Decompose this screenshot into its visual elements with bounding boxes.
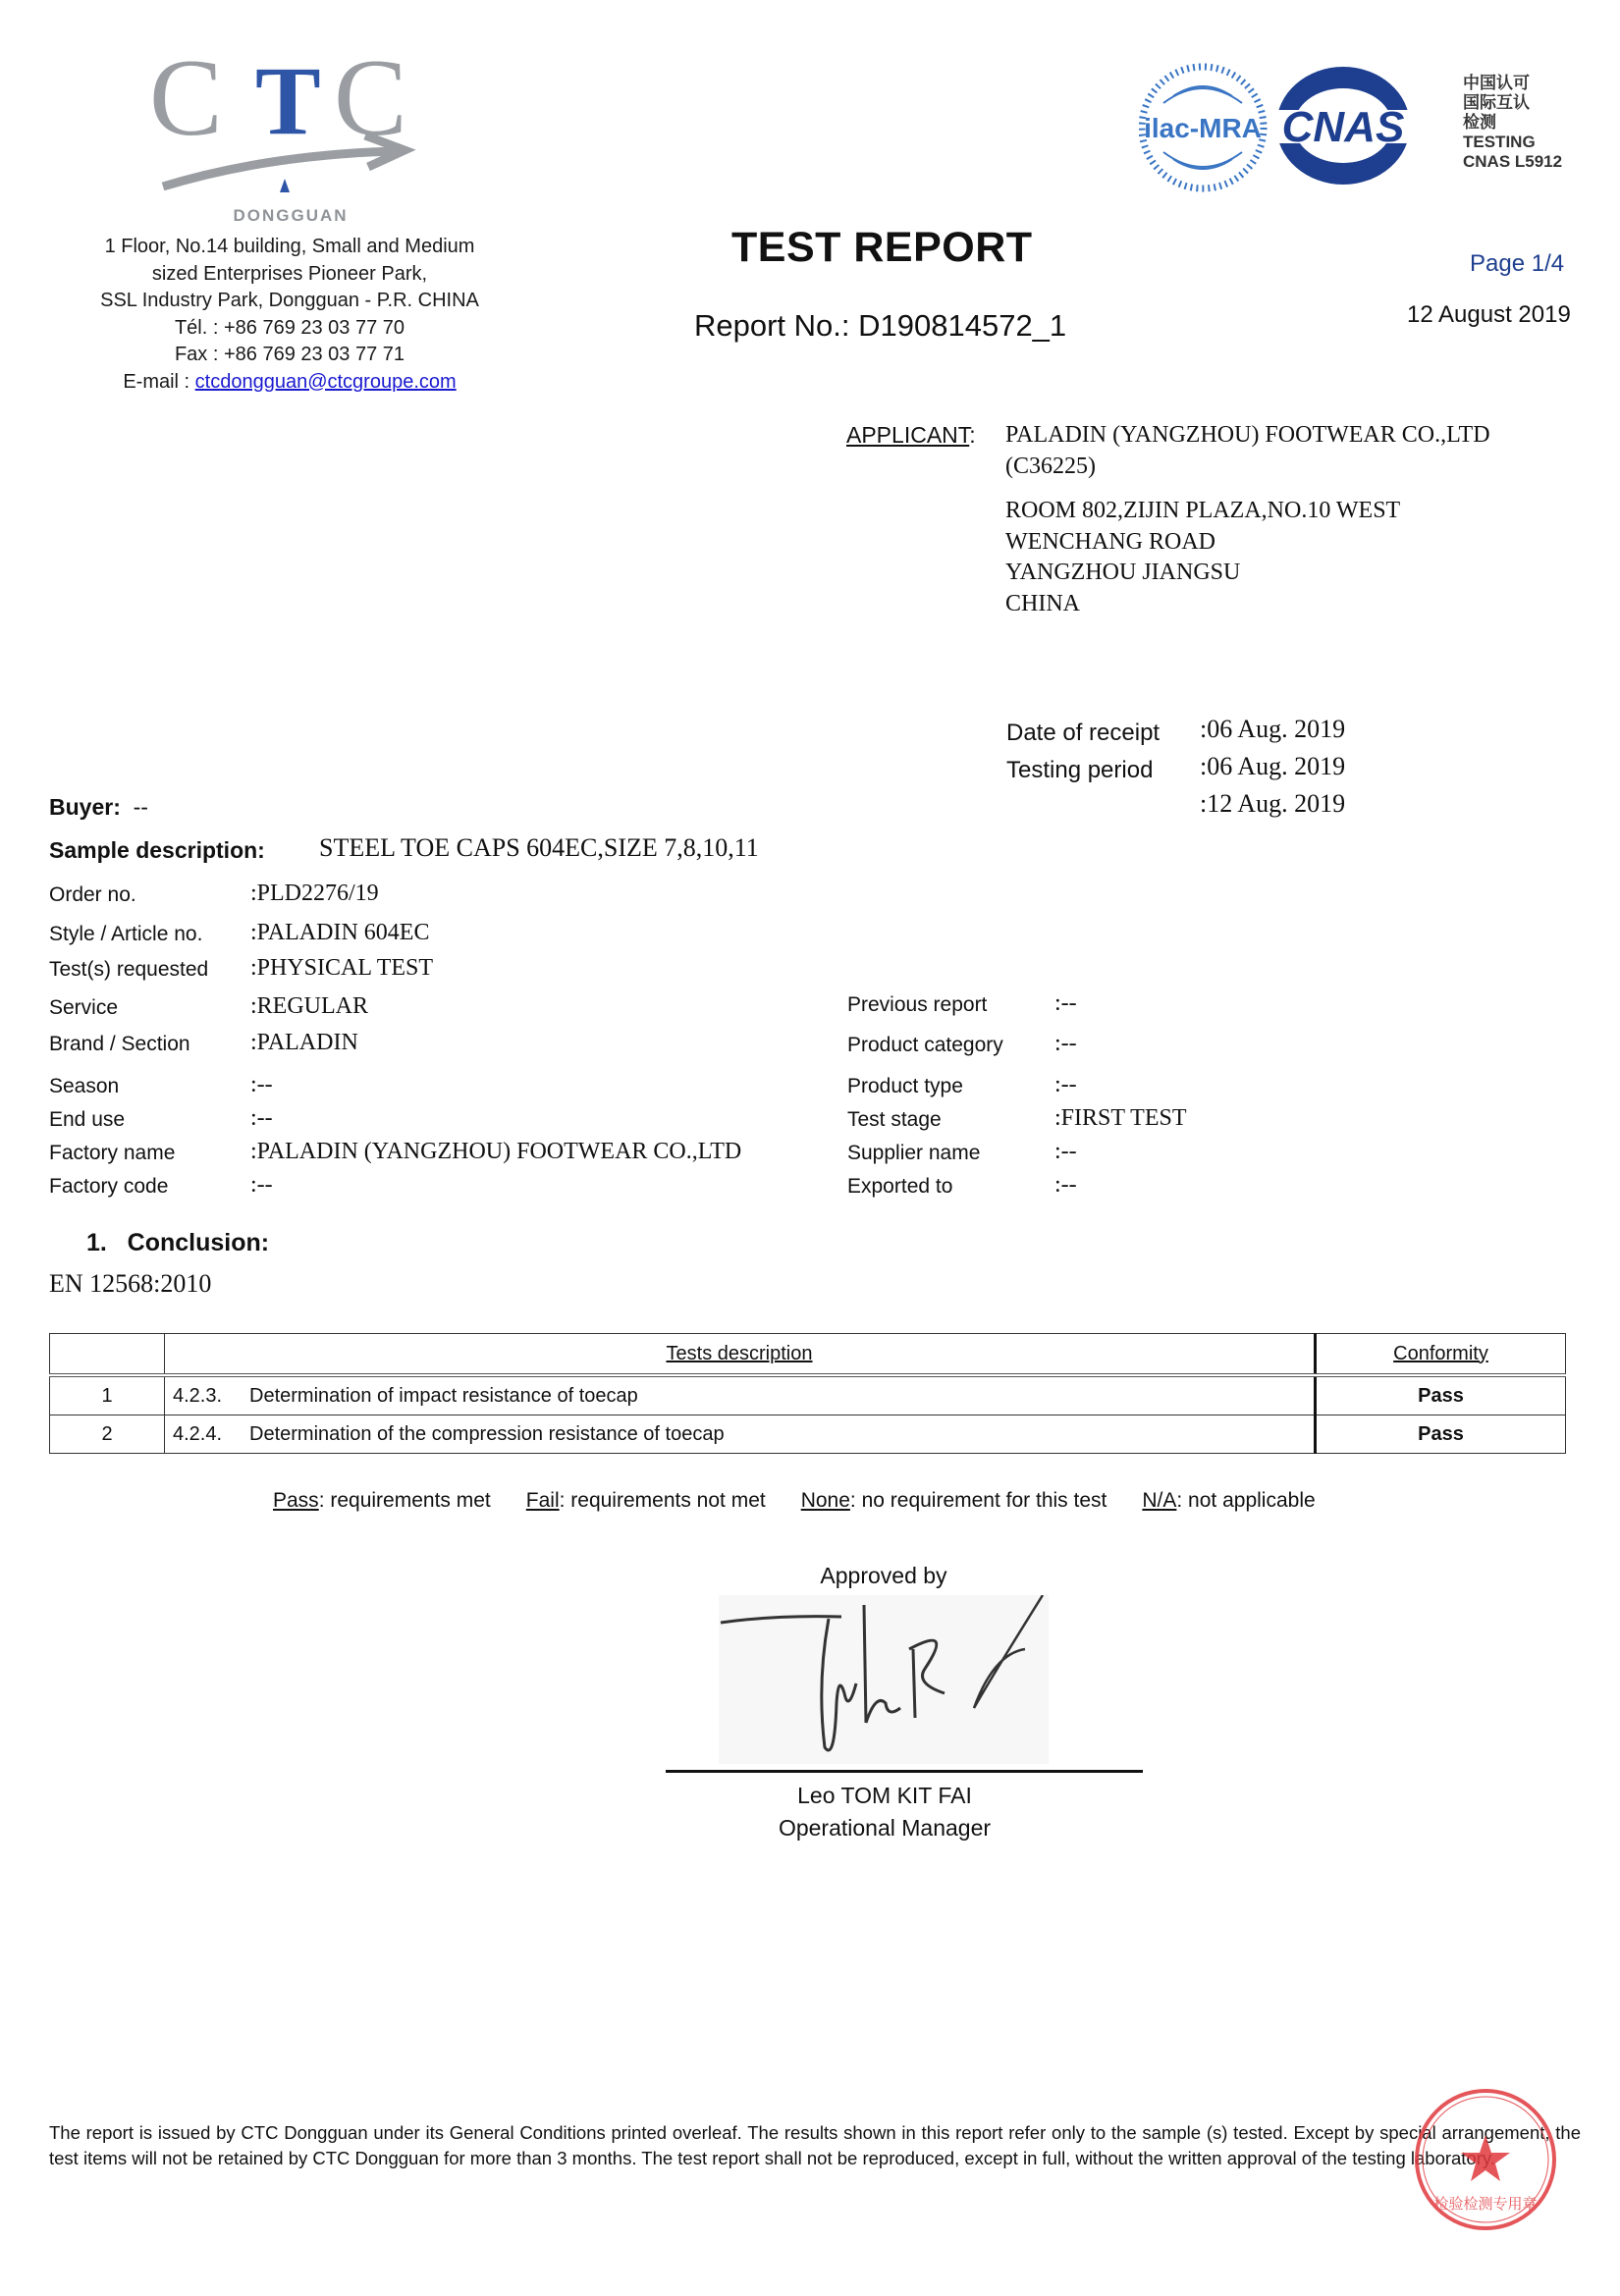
field-value: :-- [1054, 990, 1077, 1017]
field-value: :-- [1054, 1172, 1077, 1199]
applicant-line: YANGZHOU JIANGSU [1005, 558, 1490, 589]
field-label: Order no. [49, 883, 136, 907]
phone-line: Tél. : +86 769 23 03 77 70 [59, 315, 520, 343]
signature [719, 1595, 1049, 1764]
fax-line: Fax : +86 769 23 03 77 71 [59, 342, 520, 369]
header-no [50, 1334, 165, 1376]
field-label: Supplier name [847, 1142, 980, 1165]
ilac-mra-logo: ilac-MRA [1142, 67, 1264, 188]
email-label: E-mail : [123, 371, 194, 393]
legend-key: Fail [526, 1489, 560, 1512]
field-label: Style / Article no. [49, 923, 202, 946]
receipt-label: Date of receipt [1006, 715, 1160, 752]
field-value: :REGULAR [250, 993, 368, 1020]
test-description: 4.2.4.Determination of the compression r… [165, 1415, 1316, 1454]
test-standard: EN 12568:2010 [49, 1269, 211, 1299]
approved-by-label: Approved by [0, 1563, 1620, 1589]
field-label: Exported to [847, 1175, 952, 1199]
address-line: SSL Industry Park, Dongguan - P.R. CHINA [59, 288, 520, 315]
field-value: :PLD2276/19 [250, 881, 379, 907]
field-label: Product type [847, 1075, 963, 1098]
svg-text:检验检测专用章: 检验检测专用章 [1433, 2195, 1537, 2213]
row-number: 2 [50, 1415, 165, 1454]
official-stamp-icon: 检验检测专用章 [1412, 2086, 1559, 2233]
field-label: Factory name [49, 1142, 175, 1165]
field-label: Factory code [49, 1175, 168, 1199]
applicant-label: APPLICANT: [846, 422, 976, 449]
legend-key: Pass [273, 1489, 319, 1512]
receipt-date: :06 Aug. 2019 [1200, 711, 1345, 748]
signer-name: Leo TOM KIT FAI [0, 1780, 1620, 1812]
field-value: :-- [250, 1172, 273, 1199]
cnas-line: 国际互认 [1463, 93, 1562, 113]
field-label: Product category [847, 1034, 1003, 1057]
test-section: 4.2.3. [173, 1385, 249, 1408]
date-labels: Date of receipt Testing period [1006, 715, 1160, 789]
legend-item: Pass: requirements met [273, 1489, 491, 1512]
conformity-result: Pass [1316, 1375, 1566, 1415]
cnas-line: CNAS L5912 [1463, 152, 1562, 172]
field-value: :PALADIN [250, 1030, 358, 1056]
applicant-line: ROOM 802,ZIJIN PLAZA,NO.10 WEST [1005, 496, 1490, 527]
field-label: End use [49, 1108, 125, 1132]
row-number: 1 [50, 1375, 165, 1415]
applicant-line: PALADIN (YANGZHOU) FOOTWEAR CO.,LTD [1005, 420, 1490, 452]
applicant-line: (C36225) [1005, 452, 1490, 483]
testing-period-label: Testing period [1006, 752, 1160, 789]
testing-end: :12 Aug. 2019 [1200, 785, 1345, 823]
signature-line [666, 1770, 1143, 1773]
signature-icon [719, 1595, 1049, 1764]
test-section: 4.2.4. [173, 1423, 249, 1446]
buyer: Buyer: -- [49, 794, 148, 821]
field-value: :-- [1054, 1031, 1077, 1057]
table-header: Tests description Conformity [50, 1334, 1566, 1376]
date-values: :06 Aug. 2019 :06 Aug. 2019 :12 Aug. 201… [1200, 711, 1345, 823]
applicant-details: PALADIN (YANGZHOU) FOOTWEAR CO.,LTD (C36… [1005, 420, 1490, 619]
legend-key: None [801, 1489, 850, 1512]
test-name: Determination of the compression resista… [249, 1423, 725, 1445]
legend-text: : no requirement for this test [850, 1489, 1107, 1512]
applicant-line: WENCHANG ROAD [1005, 527, 1490, 559]
signer: Leo TOM KIT FAI Operational Manager [0, 1780, 1620, 1844]
legend-key: N/A [1142, 1489, 1176, 1512]
field-label: Brand / Section [49, 1033, 190, 1056]
cnas-logo: CNAS [1272, 67, 1416, 185]
field-label: Service [49, 996, 118, 1020]
testing-start: :06 Aug. 2019 [1200, 748, 1345, 785]
company-address: 1 Floor, No.14 building, Small and Mediu… [59, 234, 520, 396]
cnas-line: 检测 [1463, 113, 1562, 133]
field-value: :PALADIN (YANGZHOU) FOOTWEAR CO.,LTD [250, 1139, 741, 1165]
legend-item: None: no requirement for this test [801, 1489, 1107, 1512]
sample-description-value: STEEL TOE CAPS 604EC,SIZE 7,8,10,11 [319, 833, 759, 863]
logo-subtitle: DONGGUAN [233, 206, 348, 225]
email-line: E-mail : ctcdongguan@ctcgroupe.com [59, 369, 520, 397]
buyer-value: -- [134, 794, 148, 820]
page-number: Page 1/4 [1470, 250, 1564, 278]
header-conformity: Conformity [1316, 1334, 1566, 1376]
email-link[interactable]: ctcdongguan@ctcgroupe.com [195, 371, 457, 393]
field-value: :-- [1054, 1139, 1077, 1165]
header-tests-description: Tests description [165, 1334, 1316, 1376]
address-line: 1 Floor, No.14 building, Small and Mediu… [59, 234, 520, 261]
field-label: Season [49, 1075, 119, 1098]
disclaimer: The report is issued by CTC Dongguan und… [49, 2120, 1581, 2171]
test-name: Determination of impact resistance of to… [249, 1385, 638, 1407]
cnas-accreditation-text: 中国认可 国际互认 检测 TESTING CNAS L5912 [1463, 74, 1562, 172]
table-row: 14.2.3.Determination of impact resistanc… [50, 1375, 1566, 1415]
report-number: Report No.: D190814572_1 [694, 308, 1066, 344]
field-value: :-- [250, 1072, 273, 1098]
legend-text: : requirements not met [560, 1489, 766, 1512]
field-value: :PHYSICAL TEST [250, 955, 433, 982]
field-label: Previous report [847, 993, 987, 1017]
field-value: :-- [250, 1105, 273, 1132]
conformity-result: Pass [1316, 1415, 1566, 1454]
test-description: 4.2.3.Determination of impact resistance… [165, 1375, 1316, 1415]
cnas-line: TESTING [1463, 133, 1562, 152]
table-row: 24.2.4.Determination of the compression … [50, 1415, 1566, 1454]
svg-text:CNAS: CNAS [1282, 103, 1405, 151]
field-label: Test(s) requested [49, 958, 208, 982]
legend-text: : not applicable [1176, 1489, 1315, 1512]
field-label: Test stage [847, 1108, 942, 1132]
applicant-line: CHINA [1005, 589, 1490, 620]
logo-letter-c1: C [149, 39, 223, 159]
address-line: sized Enterprises Pioneer Park, [59, 261, 520, 289]
conclusion-heading: 1. Conclusion: [86, 1229, 269, 1257]
signer-role: Operational Manager [0, 1812, 1620, 1844]
legend-item: Fail: requirements not met [526, 1489, 766, 1512]
report-title: TEST REPORT [731, 224, 1033, 272]
legend-text: : requirements met [319, 1489, 491, 1512]
field-value: :-- [1054, 1072, 1077, 1098]
result-legend: Pass: requirements metFail: requirements… [273, 1489, 1351, 1513]
svg-text:ilac-MRA: ilac-MRA [1144, 113, 1262, 143]
legend-item: N/A: not applicable [1142, 1489, 1315, 1512]
sample-description-label: Sample description: [49, 837, 265, 864]
logo-letter-t: T [255, 46, 321, 155]
results-table: Tests description Conformity 14.2.3.Dete… [49, 1333, 1566, 1454]
field-value: :PALADIN 604EC [250, 920, 429, 946]
report-date: 12 August 2019 [1407, 301, 1571, 329]
field-value: :FIRST TEST [1054, 1105, 1186, 1132]
cnas-line: 中国认可 [1463, 74, 1562, 93]
ctc-logo: C T C DONGGUAN [147, 39, 432, 226]
